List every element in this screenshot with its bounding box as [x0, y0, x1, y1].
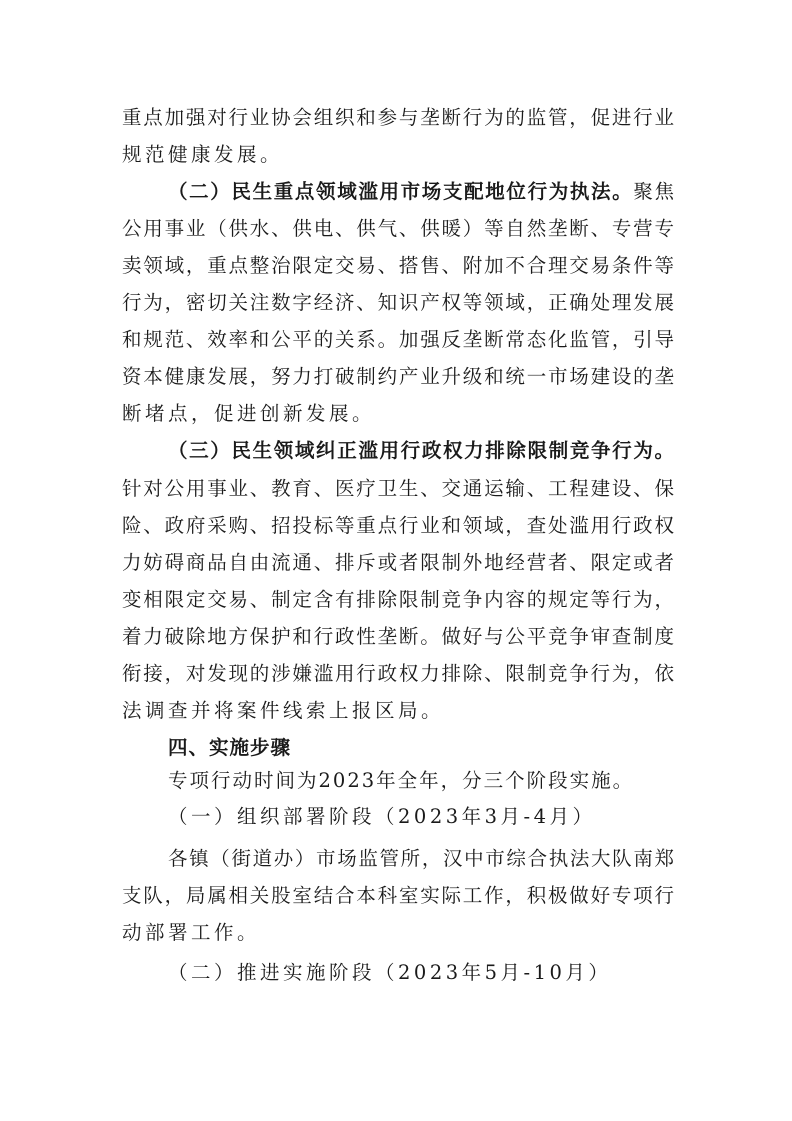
- paragraph-line: 针对公用事业、教育、医疗卫生、交通运输、工程建设、保: [122, 474, 674, 504]
- paragraph-line: 法调查并将案件线索上报区局。: [122, 696, 674, 726]
- paragraph-line: 规范健康发展。: [122, 140, 674, 170]
- section-2-title: （二）民生重点领域滥用市场支配地位行为执法。: [168, 180, 633, 203]
- paragraph-line: 险、政府采购、招投标等重点行业和领域，查处滥用行政权: [122, 511, 674, 541]
- paragraph-line: 公用事业（供水、供电、供气、供暖）等自然垄断、专营专: [122, 214, 674, 244]
- paragraph-line: 卖领域，重点整治限定交易、搭售、附加不合理交易条件等: [122, 251, 674, 281]
- paragraph-line: 和规范、效率和公平的关系。加强反垄断常态化监管，引导: [122, 325, 674, 355]
- paragraph-line: 变相限定交易、制定含有排除限制竞争内容的规定等行为，: [122, 585, 674, 615]
- paragraph-line: 动部署工作。: [122, 918, 674, 948]
- paragraph-line: 断堵点，促进创新发展。: [122, 399, 674, 429]
- schedule-intro: 专项行动时间为2023年全年，分三个阶段实施。: [168, 766, 674, 796]
- paragraph-line: 重点加强对行业协会组织和参与垄断行为的监管，促进行业: [122, 103, 674, 133]
- paragraph-line: 各镇（街道办）市场监管所，汉中市综合执法大队南郑: [168, 844, 674, 874]
- phase-1-title: （一）组织部署阶段（2023年3月-4月）: [168, 802, 674, 832]
- section-3-title: （三）民生领域纠正滥用行政权力排除限制竞争行为。: [168, 436, 674, 466]
- document-page: 重点加强对行业协会组织和参与垄断行为的监管，促进行业 规范健康发展。 （二）民生…: [0, 0, 792, 1121]
- section-heading-4: 四、实施步骤: [168, 733, 674, 763]
- paragraph-line: 资本健康发展，努力打破制约产业升级和统一市场建设的垄: [122, 362, 674, 392]
- paragraph-line: 力妨碍商品自由流通、排斥或者限制外地经营者、限定或者: [122, 548, 674, 578]
- section-2-title-line: （二）民生重点领域滥用市场支配地位行为执法。聚焦: [168, 177, 674, 207]
- paragraph-line: 支队，局属相关股室结合本科室实际工作，积极做好专项行: [122, 881, 674, 911]
- paragraph-line: 行为，密切关注数字经济、知识产权等领域，正确处理发展: [122, 288, 674, 318]
- paragraph-line: 衔接，对发现的涉嫌滥用行政权力排除、限制竞争行为，依: [122, 659, 674, 689]
- phase-2-title: （二）推进实施阶段（2023年5月-10月）: [168, 958, 674, 988]
- paragraph-line: 着力破除地方保护和行政性垄断。做好与公平竞争审查制度: [122, 622, 674, 652]
- section-2-lead-text: 聚焦: [633, 180, 674, 203]
